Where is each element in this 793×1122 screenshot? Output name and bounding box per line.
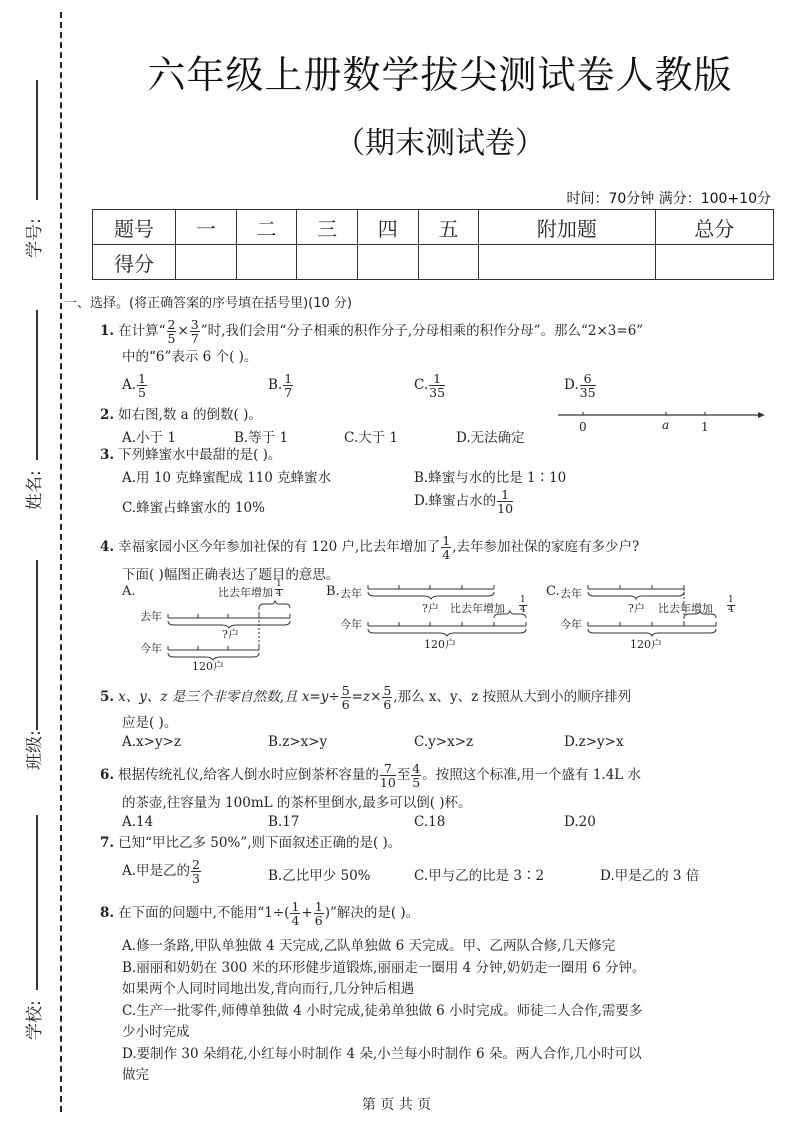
- q5-option-a[interactable]: A.x>y>z: [122, 734, 181, 750]
- student-id-label: 学号:: [20, 218, 45, 258]
- header-cell: 五: [418, 210, 479, 245]
- fraction: 25: [167, 318, 177, 345]
- option-prefix: A.: [122, 377, 136, 393]
- bar-diagram-icon: [122, 584, 322, 674]
- question-text: 至: [397, 767, 411, 783]
- score-table-header-row: 题号 一 二 三 四 五 附加题 总分: [93, 210, 774, 245]
- denominator: 6: [341, 698, 351, 711]
- q3-option-d[interactable]: D.蜂蜜占水的110: [414, 488, 514, 515]
- question-text: )”解决的是( )。: [325, 905, 420, 921]
- q6-option-c[interactable]: C.18: [414, 814, 445, 830]
- page-subtitle: （期末测试卷）: [110, 118, 770, 162]
- q2-option-d[interactable]: D.无法确定: [456, 426, 525, 446]
- score-table-score-row: 得分: [93, 245, 774, 280]
- question-4: 4.幸福家园小区今年参加社保的有 120 户,比去年增加了14,去年参加社保的家…: [100, 534, 639, 561]
- cut-line: [60, 12, 62, 1112]
- score-cell[interactable]: [176, 245, 237, 280]
- fraction: 710: [380, 762, 396, 789]
- numerator: 7: [380, 762, 396, 776]
- bar-diagram-icon: [546, 584, 766, 654]
- q2-option-b[interactable]: B.等于 1: [234, 426, 288, 446]
- question-text: x、y、z 是三个非零自然数,且 x=y÷: [118, 689, 340, 705]
- q7-option-b[interactable]: B.乙比甲少 50%: [268, 864, 371, 884]
- q2-option-c[interactable]: C.大于 1: [344, 426, 398, 446]
- numerator: 1: [497, 488, 513, 502]
- question-text: 下列蜂蜜水中最甜的是( )。: [118, 447, 281, 463]
- header-cell: 三: [297, 210, 358, 245]
- school-line[interactable]: [36, 815, 38, 990]
- q8-option-d[interactable]: D.要制作 30 朵绢花,小红每小时制作 4 朵,小兰每小时制作 6 朵。两人合…: [122, 1042, 642, 1062]
- question-text: 幸福家园小区今年参加社保的有 120 户,比去年增加了: [118, 539, 440, 555]
- question-text: =z×: [352, 689, 382, 705]
- q8-option-d-cont[interactable]: 做完: [122, 1063, 149, 1083]
- exam-meta: 时间：70分钟 满分：100+10分: [566, 188, 771, 208]
- score-cell[interactable]: [236, 245, 297, 280]
- question-number: 1.: [100, 323, 114, 339]
- q3-option-c[interactable]: C.蜂蜜占蜂蜜水的 10%: [122, 496, 265, 516]
- score-table: 题号 一 二 三 四 五 附加题 总分 得分: [92, 209, 774, 280]
- q8-option-c[interactable]: C.生产一批零件,师傅单独做 4 小时完成,徒弟单独做 6 小时完成。师徒二人合…: [122, 999, 642, 1019]
- question-2: 2.如右图,数 a 的倒数( )。: [100, 404, 262, 426]
- number-line-diagram: 0 a 1: [558, 412, 758, 442]
- fraction: 135: [429, 372, 445, 399]
- q3-option-b[interactable]: B.蜂蜜与水的比是 1∶10: [414, 466, 566, 486]
- header-cell: 一: [176, 210, 237, 245]
- numerator: 1: [441, 534, 451, 548]
- score-row-label: 得分: [93, 245, 176, 280]
- question-number: 2.: [100, 407, 114, 423]
- question-6: 6.根据传统礼仪,给客人倒水时应倒茶杯容量的710至45。按照这个标准,用一个盛…: [100, 762, 641, 789]
- question-1: 1.在计算“25×37”时,我们会用“分子相乘的积作分子,分母相乘的积作分母”。…: [100, 318, 643, 345]
- option-prefix: D.: [564, 377, 579, 393]
- question-text: ”时,我们会用“分子相乘的积作分子,分母相乘的积作分母”。那么“2×3=6”: [201, 323, 643, 339]
- q2-option-a[interactable]: A.小于 1: [122, 426, 176, 446]
- q5-option-b[interactable]: B.z>x>y: [268, 734, 327, 750]
- score-cell[interactable]: [655, 245, 774, 280]
- header-cell: 附加题: [479, 210, 655, 245]
- option-prefix: C.: [414, 377, 428, 393]
- times-sign: ×: [177, 323, 188, 339]
- fraction: 110: [497, 488, 513, 515]
- question-3: 3.下列蜂蜜水中最甜的是( )。: [100, 444, 281, 466]
- fraction: 56: [341, 684, 351, 711]
- option-prefix: B.: [268, 377, 282, 393]
- question-6-line2: 的茶壶,往容量为 100mL 的茶杯里倒水,最多可以倒( )杯。: [122, 792, 472, 814]
- q6-option-b[interactable]: B.17: [268, 814, 299, 830]
- score-cell[interactable]: [297, 245, 358, 280]
- page-footer: 第 页 共 页: [0, 1094, 793, 1114]
- class-line[interactable]: [36, 560, 38, 730]
- q8-option-a[interactable]: A.修一条路,甲队单独做 4 天完成,乙队单独做 6 天完成。甲、乙两队合修,几…: [122, 934, 615, 954]
- score-cell[interactable]: [357, 245, 418, 280]
- denominator: 10: [497, 502, 513, 515]
- fraction: 14: [290, 900, 300, 927]
- class-label: 班级:: [20, 730, 45, 770]
- numerator: 6: [580, 372, 596, 386]
- question-5: 5.x、y、z 是三个非零自然数,且 x=y÷56=z×56,那么 x、y、z …: [100, 684, 631, 711]
- bar-diagram-icon: [326, 584, 536, 654]
- header-cell: 四: [357, 210, 418, 245]
- q1-option-a[interactable]: A.15: [122, 372, 148, 399]
- name-line[interactable]: [36, 310, 38, 460]
- page-title: 六年级上册数学拔尖测试卷人教版: [110, 44, 770, 99]
- denominator: 4: [290, 914, 300, 927]
- question-text: 已知“甲比乙多 50%”,则下面叙述正确的是( )。: [118, 835, 401, 851]
- numerator: 1: [429, 372, 445, 386]
- question-number: 3.: [100, 447, 114, 463]
- denominator: 35: [429, 386, 445, 399]
- question-number: 5.: [100, 689, 114, 705]
- denominator: 7: [283, 386, 293, 399]
- q5-option-d[interactable]: D.z>y>x: [564, 734, 624, 750]
- q4-diagram-c[interactable]: C. 去年 ?户 比去年增加 14 今年 120户: [546, 584, 766, 654]
- fraction: 45: [411, 762, 421, 789]
- question-8: 8.在下面的问题中,不能用“1÷(14+16)”解决的是( )。: [100, 900, 419, 927]
- question-4-line2: 下面( )幅图正确表达了题目的意思。: [122, 564, 339, 586]
- question-text: ,去年参加社保的家庭有多少户?: [452, 539, 639, 555]
- question-number: 8.: [100, 905, 114, 921]
- question-text: 在计算“: [118, 323, 165, 339]
- numerator: 1: [283, 372, 293, 386]
- question-number: 7.: [100, 835, 114, 851]
- score-cell[interactable]: [479, 245, 655, 280]
- denominator: 35: [580, 386, 596, 399]
- fraction: 56: [382, 684, 392, 711]
- header-cell: 题号: [93, 210, 176, 245]
- question-text: 在下面的问题中,不能用“1÷(: [118, 905, 289, 921]
- question-text: 根据传统礼仪,给客人倒水时应倒茶杯容量的: [118, 767, 379, 783]
- fraction: 14: [441, 534, 451, 561]
- question-number: 4.: [100, 539, 114, 555]
- q3-option-a[interactable]: A.用 10 克蜂蜜配成 110 克蜂蜜水: [122, 466, 331, 486]
- denominator: 5: [167, 332, 177, 345]
- numerator: 5: [341, 684, 351, 698]
- fraction: 17: [283, 372, 293, 399]
- q6-option-d[interactable]: D.20: [564, 814, 596, 830]
- name-label: 姓名:: [20, 470, 45, 510]
- numerator: 1: [290, 900, 300, 914]
- score-cell[interactable]: [418, 245, 479, 280]
- header-cell: 二: [236, 210, 297, 245]
- fraction: 635: [580, 372, 596, 399]
- plus-sign: +: [301, 905, 312, 921]
- denominator: 6: [314, 914, 324, 927]
- q7-option-c[interactable]: C.甲与乙的比是 3∶2: [414, 864, 544, 884]
- q1-option-b[interactable]: B.17: [268, 372, 294, 399]
- denominator: 5: [411, 776, 421, 789]
- question-7: 7.已知“甲比乙多 50%”,则下面叙述正确的是( )。: [100, 832, 401, 854]
- q7-option-d[interactable]: D.甲是乙的 3 倍: [600, 864, 699, 884]
- tick-label-0: 0: [579, 420, 587, 434]
- q1-option-d[interactable]: D.635: [564, 372, 597, 399]
- denominator: 3: [191, 872, 201, 885]
- numerator: 2: [191, 858, 201, 872]
- q8-option-c-cont[interactable]: 少小时完成: [122, 1020, 190, 1040]
- q4-diagram-a[interactable]: A. 比去年增加 14 去年 今年 ?户 120户: [122, 584, 322, 674]
- section-1-title: 一、选择。(将正确答案的序号填在括号里)(10 分): [64, 292, 352, 311]
- q7-option-a[interactable]: A.甲是乙的23: [122, 858, 202, 885]
- option-text: A.甲是乙的: [122, 863, 190, 879]
- option-text: D.蜂蜜占水的: [414, 493, 496, 509]
- numerator: 5: [382, 684, 392, 698]
- q8-option-b-cont[interactable]: 如果两个人同时同地出发,背向而行,几分钟后相遇: [122, 977, 414, 997]
- fraction: 15: [137, 372, 147, 399]
- question-text: ,那么 x、y、z 按照从大到小的顺序排列: [393, 689, 631, 705]
- numerator: 2: [167, 318, 177, 332]
- q6-option-a[interactable]: A.14: [122, 814, 153, 830]
- tick-label-1: 1: [701, 420, 709, 434]
- denominator: 6: [382, 698, 392, 711]
- question-1-line2: 中的“6”表示 6 个( )。: [122, 346, 257, 368]
- numerator: 3: [190, 318, 200, 332]
- denominator: 10: [380, 776, 396, 789]
- question-5-line2: 应是( )。: [122, 712, 177, 734]
- question-number: 6.: [100, 767, 114, 783]
- question-text: 。按照这个标准,用一个盛有 1.4L 水: [422, 767, 641, 783]
- question-text: 如右图,数 a 的倒数( )。: [118, 407, 262, 423]
- q5-option-c[interactable]: C.y>x>z: [414, 734, 473, 750]
- denominator: 7: [190, 332, 200, 345]
- student-id-line[interactable]: [36, 80, 38, 200]
- school-label: 学校:: [20, 1000, 45, 1040]
- numerator: 1: [314, 900, 324, 914]
- numerator: 1: [137, 372, 147, 386]
- tick-label-a: a: [662, 418, 669, 432]
- numerator: 4: [411, 762, 421, 776]
- fraction: 37: [190, 318, 200, 345]
- fraction: 23: [191, 858, 201, 885]
- q1-option-c[interactable]: C.135: [414, 372, 446, 399]
- header-cell: 总分: [655, 210, 774, 245]
- q8-option-b[interactable]: B.丽丽和奶奶在 300 米的环形健步道锻炼,丽丽走一圈用 4 分钟,奶奶走一圈…: [122, 956, 646, 976]
- denominator: 4: [441, 548, 451, 561]
- denominator: 5: [137, 386, 147, 399]
- q4-diagram-b[interactable]: B. 去年 ?户 比去年增加 14 今年 120户: [326, 584, 536, 654]
- fraction: 16: [314, 900, 324, 927]
